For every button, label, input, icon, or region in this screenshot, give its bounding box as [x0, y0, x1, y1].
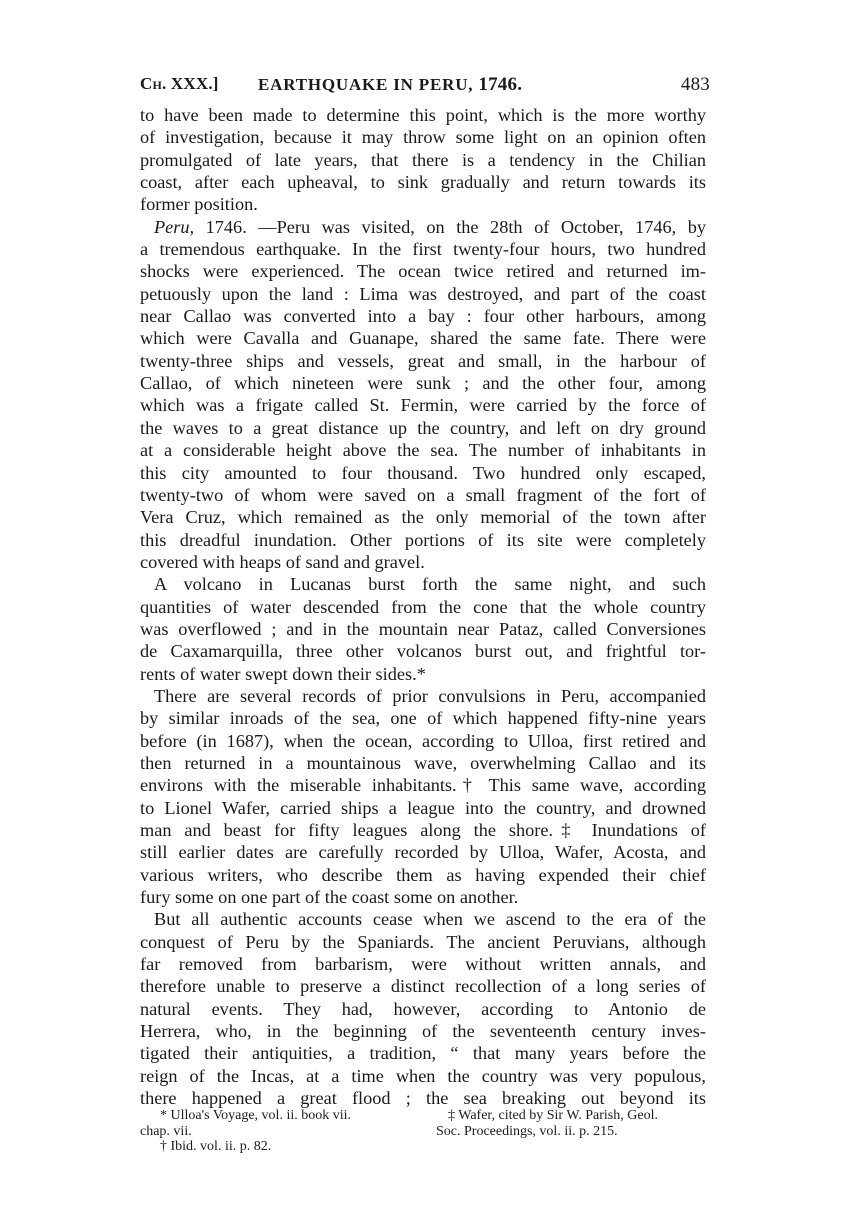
text-line: still earlier dates are carefully record…	[140, 841, 706, 863]
text-line: a tremendous earthquake. In the first tw…	[140, 238, 706, 260]
text-line: by similar inroads of the sea, one of wh…	[140, 707, 706, 729]
text-line: There are several records of prior convu…	[140, 685, 706, 707]
text-line: A volcano in Lucanas burst forth the sam…	[140, 573, 706, 595]
text-line: to have been made to determine this poin…	[140, 104, 706, 126]
text-line: to Lionel Wafer, carried ships a league …	[140, 797, 706, 819]
text-line: Vera Cruz, which remained as the only me…	[140, 506, 706, 528]
text-line: the waves to a great distance up the cou…	[140, 417, 706, 439]
text-line: former position.	[140, 193, 706, 215]
page-title: EARTHQUAKE IN PERU, 1746.	[258, 74, 522, 96]
section-lead-rest: —Peru was visited, on the 28th of Octobe…	[258, 217, 706, 237]
text-line: Callao, of which nineteen were sunk ; an…	[140, 372, 706, 394]
text-line: Herrera, who, in the beginning of the se…	[140, 1020, 706, 1042]
text-line: twenty-three ships and vessels, great an…	[140, 350, 706, 372]
footnote-double-dagger-continued: Soc. Proceedings, vol. ii. p. 215.	[436, 1124, 706, 1140]
text-line: tigated their antiquities, a tradition, …	[140, 1042, 706, 1064]
footnotes-right-column: ‡ Wafer, cited by Sir W. Parish, Geol. S…	[436, 1108, 706, 1139]
text-line: de Caxamarquilla, three other volcanos b…	[140, 640, 706, 662]
text-line: this dreadful inundation. Other portions…	[140, 529, 706, 551]
text-line: before (in 1687), when the ocean, accord…	[140, 730, 706, 752]
text-line: rents of water swept down their sides.*	[140, 663, 706, 685]
text-line: of investigation, because it may throw s…	[140, 126, 706, 148]
text-line: which was a frigate called St. Fermin, w…	[140, 394, 706, 416]
text-line: far removed from barbarism, were without…	[140, 953, 706, 975]
page-title-text: EARTHQUAKE IN PERU,	[258, 75, 473, 94]
book-page: Ch. XXX.] EARTHQUAKE IN PERU, 1746. 483 …	[140, 74, 706, 1109]
section-lead-line: Peru, 1746. —Peru was visited, on the 28…	[140, 216, 706, 238]
text-line: promulgated of late years, that there is…	[140, 149, 706, 171]
text-line: therefore unable to preserve a distinct …	[140, 975, 706, 997]
footnote-double-dagger: ‡ Wafer, cited by Sir W. Parish, Geol.	[436, 1108, 706, 1124]
body-text: to have been made to determine this poin…	[140, 104, 706, 1109]
text-line: this city amounted to four thousand. Two…	[140, 462, 706, 484]
text-line: coast, after each upheaval, to sink grad…	[140, 171, 706, 193]
text-line: there happened a great flood ; the sea b…	[140, 1087, 706, 1109]
text-line: then returned in a mountainous wave, ove…	[140, 752, 706, 774]
footnote-asterisk: * Ulloa's Voyage, vol. ii. book vii.	[148, 1108, 424, 1124]
text-line: quantities of water descended from the c…	[140, 596, 706, 618]
text-line: at a considerable height above the sea. …	[140, 439, 706, 461]
page-number: 483	[681, 74, 710, 96]
section-lead-year: 1746.	[194, 217, 258, 237]
text-line: environs with the miserable inhabitants.…	[140, 774, 706, 796]
page-title-year: 1746.	[478, 74, 522, 95]
footnote-asterisk-continued: chap. vii.	[140, 1124, 424, 1140]
text-line: petuously upon the land : Lima was destr…	[140, 283, 706, 305]
text-line: fury some on one part of the coast some …	[140, 886, 706, 908]
section-lead-italic: Peru,	[154, 217, 194, 237]
chapter-label: Ch. XXX.]	[140, 74, 219, 94]
text-line: shocks were experienced. The ocean twice…	[140, 260, 706, 282]
text-line: covered with heaps of sand and gravel.	[140, 551, 706, 573]
text-line: reign of the Incas, at a time when the c…	[140, 1065, 706, 1087]
footnotes-left-column: * Ulloa's Voyage, vol. ii. book vii. cha…	[148, 1108, 424, 1155]
text-line: conquest of Peru by the Spaniards. The a…	[140, 931, 706, 953]
text-line: natural events. They had, however, accor…	[140, 998, 706, 1020]
text-line: which were Cavalla and Guanape, shared t…	[140, 327, 706, 349]
running-head: Ch. XXX.] EARTHQUAKE IN PERU, 1746. 483	[140, 74, 706, 98]
text-line: various writers, who describe them as ha…	[140, 864, 706, 886]
text-line: twenty-two of whom were saved on a small…	[140, 484, 706, 506]
text-line: near Callao was converted into a bay : f…	[140, 305, 706, 327]
footnote-dagger: † Ibid. vol. ii. p. 82.	[148, 1139, 424, 1155]
text-line: But all authentic accounts cease when we…	[140, 908, 706, 930]
text-line: was overflowed ; and in the mountain nea…	[140, 618, 706, 640]
text-line: man and beast for fifty leagues along th…	[140, 819, 706, 841]
